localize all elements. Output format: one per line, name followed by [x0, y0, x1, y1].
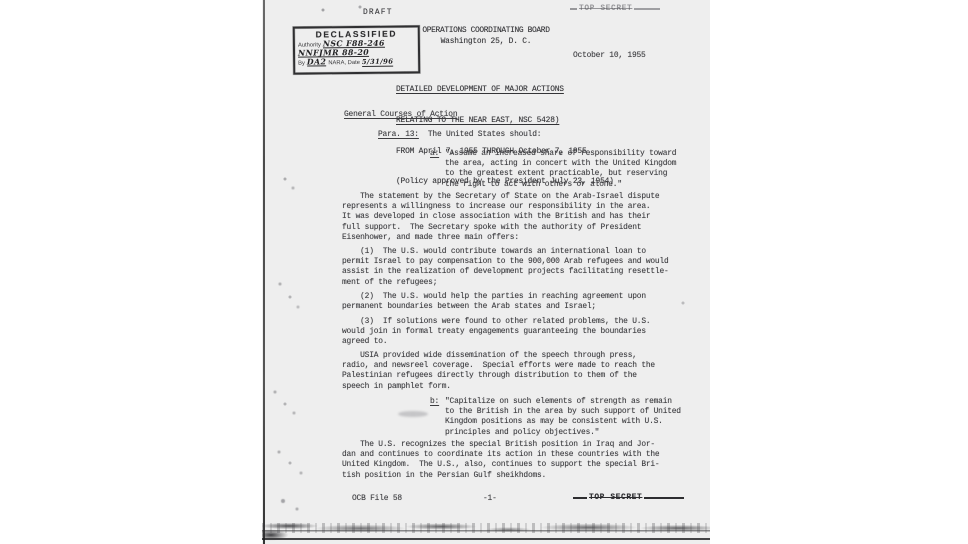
scan-smudge: [398, 411, 428, 417]
letterhead-organization: OPERATIONS COORDINATING BOARD: [262, 26, 710, 36]
footer-page-number: -1-: [483, 494, 497, 504]
para-13-line: Para. 13: The United States should:: [378, 130, 541, 140]
subpara-b-label: b:: [430, 397, 445, 438]
paragraph-british-position: The U.S. recognizes the special British …: [342, 440, 659, 481]
offer-1: (1) The U.S. would contribute towards an…: [342, 247, 669, 288]
paragraph-usia: USIA provided wide dissemination of the …: [342, 351, 655, 392]
scanned-document-page: DRAFT TOP SECRET DECLASSIFIED Authority …: [262, 0, 710, 544]
stamp-authority-value2: NNFJMR 88-20: [298, 49, 369, 58]
stamp-date-value: 5/31/96: [362, 59, 394, 67]
footer-classification-struck: TOP SECRET: [573, 493, 684, 503]
paragraph-statement: The statement by the Secretary of State …: [342, 192, 659, 243]
offer-3: (3) If solutions were found to other rel…: [342, 317, 650, 348]
scan-left-edge: [263, 0, 265, 544]
footer-file-label: OCB File 58: [352, 494, 402, 504]
stamp-nara-label: NARA, Date: [328, 60, 360, 66]
scan-bottom-noise: [262, 514, 710, 544]
draft-label: DRAFT: [363, 8, 393, 18]
stamp-by-value: DA2: [307, 58, 327, 66]
subpara-a-label: a:: [430, 149, 445, 190]
title-line-1: DETAILED DEVELOPMENT OF MAJOR ACTIONS: [396, 85, 614, 95]
subpara-b: b: "Capitalize on such elements of stren…: [430, 397, 681, 438]
section-heading: General Courses of Action: [344, 110, 457, 120]
para-13-text: The United States should:: [419, 130, 541, 139]
para-13-label: Para. 13:: [378, 130, 419, 139]
header-classification-struck: TOP SECRET: [570, 4, 660, 14]
letterhead-address: Washington 25, D. C.: [262, 37, 710, 47]
subpara-b-text: "Capitalize on such elements of strength…: [445, 397, 681, 438]
top-secret-text: TOP SECRET: [579, 4, 632, 14]
subpara-a: a: "Assume an increased share of respons…: [430, 149, 676, 190]
offer-2: (2) The U.S. would help the parties in r…: [342, 292, 646, 312]
subpara-a-text: "Assume an increased share of responsibi…: [445, 149, 676, 190]
document-date: October 10, 1955: [573, 51, 646, 61]
stamp-by-label: By: [298, 61, 305, 67]
footer-top-secret-text: TOP SECRET: [589, 493, 642, 503]
